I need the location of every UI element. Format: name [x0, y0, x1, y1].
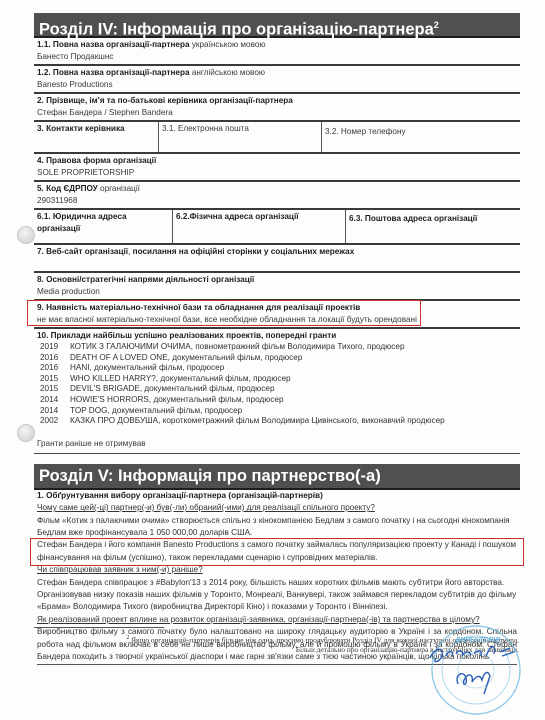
- highlighted-answer: Стефан Бандера і його компанія Banesto P…: [37, 539, 517, 564]
- answer-text: Організовував низку показів наших фільмі…: [37, 589, 517, 601]
- field-label: 2. Прізвище, ім'я та по-батькові керівни…: [37, 95, 517, 107]
- signature-initials: [457, 673, 490, 694]
- field-value: Media production: [37, 286, 517, 298]
- field-label: 1.1. Повна назва організації-партнера: [37, 40, 190, 49]
- field-value: Стефан Бандера / Stephen Bandera: [37, 107, 517, 119]
- footnote-divider: [34, 627, 164, 628]
- field-website: 7. Веб-сайт організації, посилання на оф…: [34, 245, 520, 273]
- projects-list: 2019КОТИК З ГАЛАЮЧИМИ ОЧИМА, повнометраж…: [37, 342, 517, 427]
- project-description: КАЗКА ПРО ДОВБУША, короткометражний філь…: [70, 416, 445, 427]
- project-year: 2015: [40, 374, 70, 385]
- section-4-title: Розділ IV: Інформація про організацію-па…: [39, 21, 434, 39]
- project-item: 2014HOWIE'S HORRORS, документальний філь…: [40, 395, 514, 406]
- project-year: 2019: [40, 342, 70, 353]
- field-value: 290311968: [37, 195, 517, 207]
- project-description: HOWIE'S HORRORS, документальний фільм, п…: [70, 395, 284, 406]
- project-description: TOP DOG, документальний фільм, продюсер: [70, 406, 242, 417]
- question-text: Чи співпрацював заявник з ним(-и) раніше…: [37, 564, 517, 576]
- project-year: 2016: [40, 353, 70, 364]
- field-edrpou-code: 5. Код ЄДРПОУ організації 290311968: [34, 182, 520, 210]
- field-activity-directions: 8. Основні/стратегічні напрями діяльност…: [34, 273, 520, 301]
- question-text: Чому саме цей(-ці) партнер(-и) був(-ли) …: [37, 502, 517, 514]
- punch-hole: [17, 226, 35, 244]
- answer-text: Стефан Бандера співпрацює з #Babylon'13 …: [37, 577, 517, 589]
- field-label-suffix: англійською мовою: [190, 68, 265, 77]
- grants-note: Гранти раніше не отримував: [37, 438, 517, 450]
- field-value: не має власної матеріально-технічної баз…: [37, 314, 517, 326]
- project-description: DEVIL'S BRIGADE, документальний фільм, п…: [70, 384, 275, 395]
- project-item: 2015WHO KILLED HARRY?, документальний фі…: [40, 374, 514, 385]
- field-successful-projects: 10. Приклади найбільш успішно реалізован…: [34, 329, 520, 454]
- project-description: DEATH OF A LOVED ONE, документальний філ…: [70, 353, 302, 364]
- section-5-title: Розділ V: Інформація про партнерство(-а): [39, 467, 381, 485]
- section-5-header: Розділ V: Інформація про партнерство(-а): [34, 464, 520, 490]
- project-description: WHO KILLED HARRY?, документальний фільм,…: [70, 374, 291, 385]
- answer-text: Фільм «Котик з палаючими очима» створюєт…: [37, 515, 517, 527]
- field-name-ukrainian: 1.1. Повна назва організації-партнера ук…: [34, 38, 520, 66]
- footnote-ref: 2: [434, 20, 439, 30]
- field-label: 7. Веб-сайт організації: [37, 247, 128, 256]
- postal-address-field: 6.3. Поштова адреса організації: [346, 210, 520, 243]
- field-label: 4. Правова форма організації: [37, 155, 517, 167]
- field-label-suffix: організації: [98, 184, 140, 193]
- field-material-base: 9. Наявність матеріально-технічної бази …: [34, 301, 520, 329]
- field-director-name: 2. Прізвище, ім'я та по-батькові керівни…: [34, 94, 520, 122]
- signature-name: [430, 647, 514, 662]
- answer-text: Бедлам вже профінансувала 1 050 000,00 д…: [37, 527, 517, 539]
- project-year: 2016: [40, 363, 70, 374]
- punch-hole: [17, 424, 35, 442]
- field-label: 9. Наявність матеріально-технічної бази …: [37, 302, 517, 314]
- project-item: 2016DEATH OF A LOVED ONE, документальний…: [40, 353, 514, 364]
- project-description: КОТИК З ГАЛАЮЧИМИ ОЧИМА, повнометражний …: [70, 342, 405, 353]
- official-stamp-with-signature: ДИРЕКТОРІЯ: [418, 618, 528, 718]
- field-value: Банесто Продакшнс: [37, 51, 517, 63]
- answer-text: фінансування на фільм (успішно), також п…: [37, 552, 517, 564]
- field-label: 5. Код ЄДРПОУ: [37, 184, 98, 193]
- field-label: 3. Контакти керівника: [34, 122, 159, 152]
- field-label: 1.2. Повна назва організації-партнера: [37, 68, 190, 77]
- project-year: 2015: [40, 384, 70, 395]
- answer-text: Стефан Бандера і його компанія Banesto P…: [37, 539, 517, 551]
- field-addresses: 6.1. Юридична адреса організації 6.2.Фіз…: [34, 210, 520, 245]
- field-label: посилання на офіційні сторінки у соціаль…: [133, 247, 355, 256]
- stamp-text: ДИРЕКТОРІЯ: [456, 637, 501, 644]
- field-value: SOLE PROPRIETORSHIP: [37, 167, 517, 179]
- field-label: 10. Приклади найбільш успішно реалізован…: [37, 330, 517, 342]
- physical-address-field: 6.2.Фізична адреса організації: [173, 210, 346, 243]
- field-value: Banesto Productions: [37, 79, 517, 91]
- field-director-contacts: 3. Контакти керівника 3.1. Електронна по…: [34, 122, 520, 154]
- item-label: 1. Обґрунтування вибору організації-парт…: [37, 490, 517, 502]
- field-name-english: 1.2. Повна назва організації-партнера ан…: [34, 66, 520, 94]
- project-year: 2014: [40, 395, 70, 406]
- field-label: 8. Основні/стратегічні напрями діяльност…: [37, 274, 517, 286]
- project-item: 2019КОТИК З ГАЛАЮЧИМИ ОЧИМА, повнометраж…: [40, 342, 514, 353]
- project-description: HANI, документальний фільм, продюсер: [70, 363, 224, 374]
- application-form-page: Розділ IV: Інформація про організацію-па…: [34, 0, 520, 665]
- project-item: 2015DEVIL'S BRIGADE, документальний філь…: [40, 384, 514, 395]
- legal-address-field: 6.1. Юридична адреса організації: [34, 210, 173, 243]
- section-4-header: Розділ IV: Інформація про організацію-па…: [34, 13, 520, 38]
- project-item: 2002КАЗКА ПРО ДОВБУША, короткометражний …: [40, 416, 514, 427]
- answer-text: «Брама» Володимира Тихого (виробництва Д…: [37, 601, 517, 613]
- project-item: 2016HANI, документальний фільм, продюсер: [40, 363, 514, 374]
- footnote-marker: 2: [126, 635, 129, 641]
- field-legal-form: 4. Правова форма організації SOLE PROPRI…: [34, 154, 520, 182]
- email-field: 3.1. Електронна пошта: [159, 122, 322, 152]
- project-year: 2002: [40, 416, 70, 427]
- field-label-suffix: українською мовою: [190, 40, 266, 49]
- phone-field: 3.2. Номер телефону: [322, 122, 520, 152]
- project-item: 2014TOP DOG, документальний фільм, продю…: [40, 406, 514, 417]
- project-year: 2014: [40, 406, 70, 417]
